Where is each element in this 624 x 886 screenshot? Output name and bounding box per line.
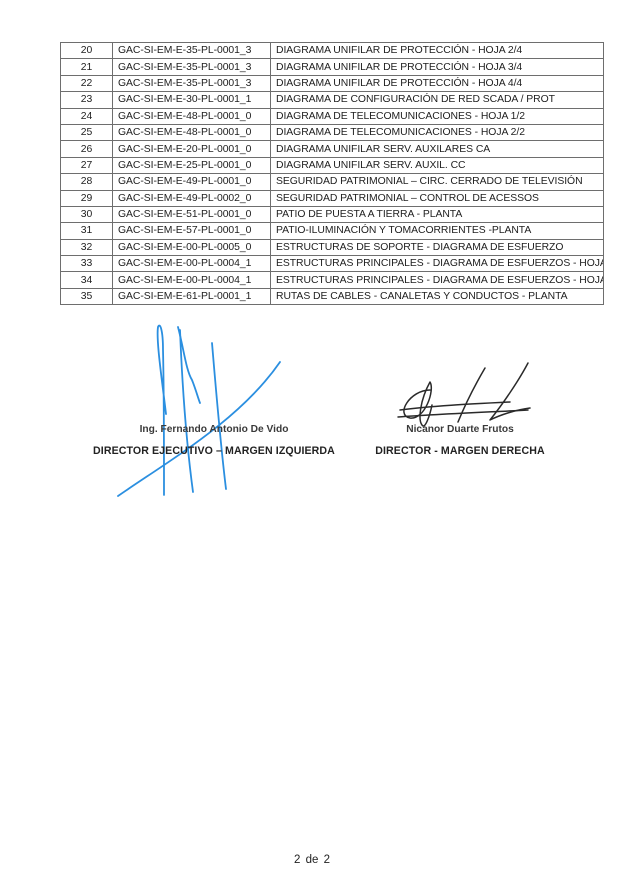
signer-title-left: DIRECTOR EJECUTIVO – MARGEN IZQUIERDA: [84, 445, 344, 457]
drawing-code: GAC-SI-EM-E-00-PL-0004_1: [113, 256, 271, 272]
table-row: 30 GAC-SI-EM-E-51-PL-0001_0 PATIO DE PUE…: [61, 206, 604, 222]
drawing-code: GAC-SI-EM-E-49-PL-0002_0: [113, 190, 271, 206]
drawing-code: GAC-SI-EM-E-49-PL-0001_0: [113, 174, 271, 190]
row-number: 34: [61, 272, 113, 288]
row-number: 29: [61, 190, 113, 206]
drawing-description: ESTRUCTURAS DE SOPORTE - DIAGRAMA DE ESF…: [271, 239, 604, 255]
table-row: 20 GAC-SI-EM-E-35-PL-0001_3 DIAGRAMA UNI…: [61, 43, 604, 59]
drawing-description: PATIO-ILUMINACIÓN Y TOMACORRIENTES -PLAN…: [271, 223, 604, 239]
row-number: 35: [61, 288, 113, 304]
drawing-code: GAC-SI-EM-E-61-PL-0001_1: [113, 288, 271, 304]
table-row: 26 GAC-SI-EM-E-20-PL-0001_0 DIAGRAMA UNI…: [61, 141, 604, 157]
row-number: 28: [61, 174, 113, 190]
drawing-description: ESTRUCTURAS PRINCIPALES - DIAGRAMA DE ES…: [271, 256, 604, 272]
row-number: 20: [61, 43, 113, 59]
drawing-description: PATIO DE PUESTA A TIERRA - PLANTA: [271, 206, 604, 222]
row-number: 24: [61, 108, 113, 124]
drawing-description: SEGURIDAD PATRIMONIAL – CONTROL DE ACESS…: [271, 190, 604, 206]
drawing-code: GAC-SI-EM-E-48-PL-0001_0: [113, 108, 271, 124]
table-row: 23 GAC-SI-EM-E-30-PL-0001_1 DIAGRAMA DE …: [61, 92, 604, 108]
row-number: 25: [61, 124, 113, 140]
signer-name-left: Ing. Fernando Antonio De Vido: [84, 424, 344, 435]
table-row: 32 GAC-SI-EM-E-00-PL-0005_0 ESTRUCTURAS …: [61, 239, 604, 255]
table-row: 34 GAC-SI-EM-E-00-PL-0004_1 ESTRUCTURAS …: [61, 272, 604, 288]
drawing-description: DIAGRAMA UNIFILAR SERV. AUXILARES CA: [271, 141, 604, 157]
row-number: 33: [61, 256, 113, 272]
drawing-description: DIAGRAMA UNIFILAR SERV. AUXIL. CC: [271, 157, 604, 173]
table-row: 29 GAC-SI-EM-E-49-PL-0002_0 SEGURIDAD PA…: [61, 190, 604, 206]
row-number: 31: [61, 223, 113, 239]
signer-title-right: DIRECTOR - MARGEN DERECHA: [355, 445, 565, 457]
table-row: 28 GAC-SI-EM-E-49-PL-0001_0 SEGURIDAD PA…: [61, 174, 604, 190]
drawing-code: GAC-SI-EM-E-35-PL-0001_3: [113, 75, 271, 91]
drawing-code: GAC-SI-EM-E-30-PL-0001_1: [113, 92, 271, 108]
drawing-code: GAC-SI-EM-E-48-PL-0001_0: [113, 124, 271, 140]
page-number: 2 de 2: [0, 854, 624, 866]
row-number: 26: [61, 141, 113, 157]
signature-left-mark: [60, 310, 360, 510]
table-row: 31 GAC-SI-EM-E-57-PL-0001_0 PATIO-ILUMIN…: [61, 223, 604, 239]
drawing-description: DIAGRAMA DE TELECOMUNICACIONES - HOJA 2/…: [271, 124, 604, 140]
table-row: 35 GAC-SI-EM-E-61-PL-0001_1 RUTAS DE CAB…: [61, 288, 604, 304]
row-number: 27: [61, 157, 113, 173]
row-number: 30: [61, 206, 113, 222]
drawing-description: DIAGRAMA UNIFILAR DE PROTECCIÓN - HOJA 3…: [271, 59, 604, 75]
drawing-description: RUTAS DE CABLES - CANALETAS Y CONDUCTOS …: [271, 288, 604, 304]
drawing-code: GAC-SI-EM-E-35-PL-0001_3: [113, 59, 271, 75]
drawing-description: DIAGRAMA UNIFILAR DE PROTECCIÓN - HOJA 2…: [271, 43, 604, 59]
table-row: 25 GAC-SI-EM-E-48-PL-0001_0 DIAGRAMA DE …: [61, 124, 604, 140]
drawing-code: GAC-SI-EM-E-57-PL-0001_0: [113, 223, 271, 239]
table-row: 24 GAC-SI-EM-E-48-PL-0001_0 DIAGRAMA DE …: [61, 108, 604, 124]
drawing-description: DIAGRAMA UNIFILAR DE PROTECCIÓN - HOJA 4…: [271, 75, 604, 91]
row-number: 21: [61, 59, 113, 75]
row-number: 22: [61, 75, 113, 91]
signer-name-right: Nicanor Duarte Frutos: [355, 424, 565, 435]
drawing-code: GAC-SI-EM-E-00-PL-0004_1: [113, 272, 271, 288]
document-page: 20 GAC-SI-EM-E-35-PL-0001_3 DIAGRAMA UNI…: [0, 0, 624, 886]
drawing-code: GAC-SI-EM-E-25-PL-0001_0: [113, 157, 271, 173]
table-body: 20 GAC-SI-EM-E-35-PL-0001_3 DIAGRAMA UNI…: [61, 43, 604, 305]
drawing-description: DIAGRAMA DE CONFIGURACIÓN DE RED SCADA /…: [271, 92, 604, 108]
signature-block-right: Nicanor Duarte Frutos DIRECTOR - MARGEN …: [355, 424, 565, 457]
drawing-description: ESTRUCTURAS PRINCIPALES - DIAGRAMA DE ES…: [271, 272, 604, 288]
drawing-code: GAC-SI-EM-E-51-PL-0001_0: [113, 206, 271, 222]
table-row: 21 GAC-SI-EM-E-35-PL-0001_3 DIAGRAMA UNI…: [61, 59, 604, 75]
drawing-code: GAC-SI-EM-E-00-PL-0005_0: [113, 239, 271, 255]
table-row: 22 GAC-SI-EM-E-35-PL-0001_3 DIAGRAMA UNI…: [61, 75, 604, 91]
drawing-description: SEGURIDAD PATRIMONIAL – CIRC. CERRADO DE…: [271, 174, 604, 190]
row-number: 23: [61, 92, 113, 108]
row-number: 32: [61, 239, 113, 255]
table-row: 27 GAC-SI-EM-E-25-PL-0001_0 DIAGRAMA UNI…: [61, 157, 604, 173]
drawing-code: GAC-SI-EM-E-20-PL-0001_0: [113, 141, 271, 157]
drawings-table: 20 GAC-SI-EM-E-35-PL-0001_3 DIAGRAMA UNI…: [60, 42, 604, 305]
table-row: 33 GAC-SI-EM-E-00-PL-0004_1 ESTRUCTURAS …: [61, 256, 604, 272]
drawing-code: GAC-SI-EM-E-35-PL-0001_3: [113, 43, 271, 59]
signature-block-left: Ing. Fernando Antonio De Vido DIRECTOR E…: [84, 424, 344, 457]
drawing-description: DIAGRAMA DE TELECOMUNICACIONES - HOJA 1/…: [271, 108, 604, 124]
